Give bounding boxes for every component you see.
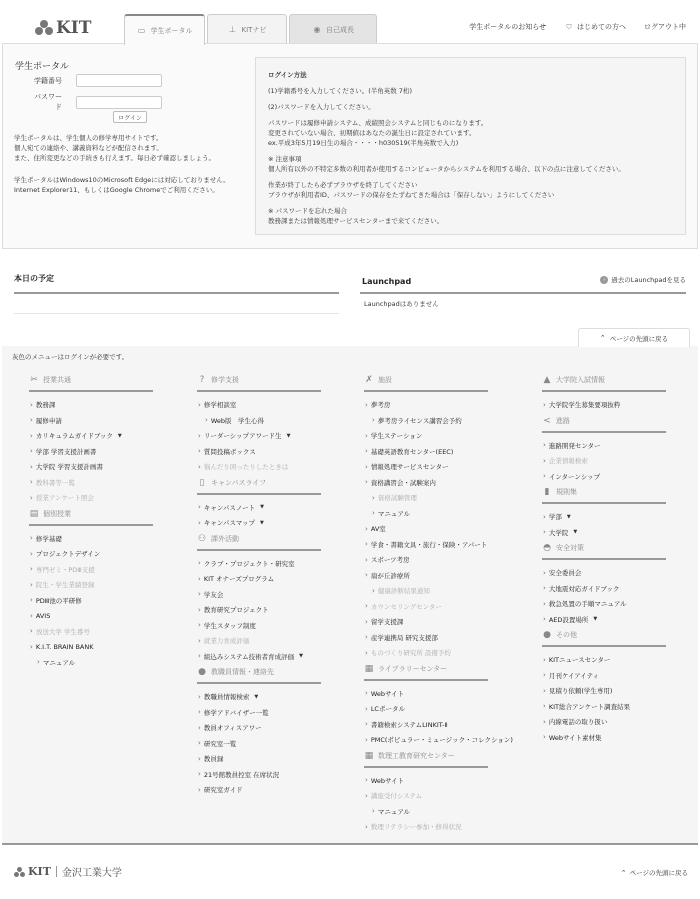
- menu-item[interactable]: ›書籍検索システムLINKIT-Ⅱ: [364, 717, 524, 733]
- chevron-right-icon: ›: [198, 621, 201, 629]
- menu-item[interactable]: ›Webサイト素材集: [542, 730, 700, 746]
- menu-item[interactable]: ›AED設置場所▼: [542, 612, 700, 628]
- menu-item[interactable]: ›AVIS: [29, 608, 189, 624]
- menu-item-label: 学生スタッフ制度: [204, 621, 256, 630]
- menu-item-label: 企業情報検索: [549, 456, 588, 465]
- menu-item[interactable]: ›資格試験管理: [364, 490, 524, 506]
- chevron-right-icon: ›: [198, 447, 201, 455]
- menu-item-label: マニュアル: [378, 807, 410, 816]
- menu-item[interactable]: ›大学院▼: [542, 525, 700, 541]
- menu-item[interactable]: ›夢考房ライセンス講習会予約: [364, 413, 524, 429]
- chevron-right-icon: ›: [365, 618, 368, 626]
- menu-item[interactable]: ›扇が丘診療所: [364, 568, 524, 584]
- menu-item-label: カウンセリングセンター: [371, 602, 442, 611]
- chevron-right-icon: ›: [543, 687, 546, 695]
- chevron-right-icon: ›: [198, 590, 201, 598]
- menu-item[interactable]: ›情報処理サービスセンター: [364, 459, 524, 475]
- menu-category: ⚇課外活動: [197, 532, 357, 546]
- menu-item-label: 講座受付システム: [371, 791, 422, 800]
- menu-category: ▦ライブラリーセンター: [364, 662, 524, 676]
- menu-column-3: ✗施設›夢考房›夢考房ライセンス講習会予約›学生ステーション›基礎英語教育センタ…: [364, 372, 524, 835]
- menu-item[interactable]: ›Webサイト: [364, 686, 524, 702]
- menu-item-label: 就業力育成評価: [204, 636, 250, 645]
- tab-student-portal[interactable]: ▭ 学生ポータル: [124, 14, 205, 45]
- chevron-right-icon: ›: [30, 478, 33, 486]
- chevron-right-icon: ›: [365, 823, 368, 831]
- portal-description: 学生ポータルは、学生個人の修学専用サイトです。 個人宛ての連絡や、講義資料などが…: [14, 133, 215, 163]
- menu-item[interactable]: ›授業アンケート照会: [29, 490, 189, 506]
- menu-category-label: 安全対策: [556, 543, 584, 553]
- menu-item[interactable]: ›修学基礎: [29, 531, 189, 547]
- menu-item-label: 修学アドバイザー一覧: [204, 708, 269, 717]
- menu-category: ▤個別授業: [29, 507, 189, 521]
- menu-item-label: K.I.T. BRAIN BANK: [36, 643, 94, 651]
- launchpad-empty: Launchpadはありません: [364, 299, 439, 308]
- menu-item[interactable]: ›安全委員会: [542, 565, 700, 581]
- menu-category: ◓安全対策: [542, 541, 700, 555]
- chevron-right-icon: ›: [198, 693, 201, 701]
- menu-category-rule: [364, 390, 488, 392]
- menu-item[interactable]: ›K.I.T. BRAIN BANK: [29, 639, 189, 655]
- chevron-right-icon: ›: [365, 525, 368, 533]
- caution-line: ブラウザが利用者ID、パスワードの保存をたずねてきた場合は「保存しない」ようにし…: [268, 191, 554, 199]
- menu-item-label: スポーツ考房: [371, 555, 410, 564]
- dropdown-triangle-icon[interactable]: ▼: [260, 504, 264, 510]
- menu-category-label: キャンパスライフ: [211, 478, 266, 488]
- menu-item-label: KITニュースセンター: [549, 655, 611, 664]
- menu-item[interactable]: ›学食・書籍文具・旅行・保険・アパート: [364, 537, 524, 553]
- chevron-right-icon: ›: [198, 575, 201, 583]
- desc-line: また、住所変更などの手続きも行えます。毎日必ず確認しましょう。: [14, 153, 215, 163]
- menu-item-label: 留学支援課: [371, 617, 404, 626]
- menu-item[interactable]: ›内線電話の取り扱い: [542, 714, 700, 730]
- dropdown-triangle-icon[interactable]: ▼: [287, 433, 291, 439]
- chevron-right-icon: ›: [543, 600, 546, 608]
- beginner-link[interactable]: ⛉はじめての方へ: [564, 22, 626, 32]
- menu-item[interactable]: ›数理リテラシー参加・修得状況: [364, 819, 524, 835]
- menu-item[interactable]: ›教員オフィスアワー: [197, 720, 357, 736]
- menu-item-label: 月刊ケイアイティ: [549, 671, 599, 680]
- chevron-right-icon: ›: [543, 615, 546, 623]
- chevron-right-icon: ›: [365, 401, 368, 409]
- window-icon: ▭: [137, 26, 147, 36]
- menu-column-1: ✂授業共通›教務課›履修申請›カリキュラムガイドブック▼›学部 学習支援計画書›…: [29, 372, 189, 670]
- menu-item-label: 学部: [549, 512, 562, 521]
- menu-item[interactable]: ›組込みシステム技術者育成評価▼: [197, 649, 357, 665]
- chevron-right-icon: ›: [543, 584, 546, 592]
- menu-item-label: マニュアル: [378, 509, 410, 518]
- menu-item[interactable]: ›学部 学習支援計画書: [29, 444, 189, 460]
- dropdown-triangle-icon[interactable]: ▼: [118, 433, 122, 439]
- menu-category: ●その他: [542, 628, 700, 642]
- kit-logo-mark-icon: [35, 20, 53, 36]
- menu-item-label: 履修申請: [36, 416, 62, 425]
- chevron-right-icon: ›: [365, 720, 368, 728]
- chevron-right-icon: ›: [543, 702, 546, 710]
- notice-link[interactable]: 学生ポータルのお知らせ: [469, 22, 546, 32]
- menu-item[interactable]: ›KITニュースセンター: [542, 652, 700, 668]
- menu-item-label: カリキュラムガイドブック: [36, 431, 113, 440]
- menu-item[interactable]: ›学友会: [197, 587, 357, 603]
- past-launchpad-label: 過去のLaunchpadを見る: [611, 275, 686, 284]
- header-links: 学生ポータルのお知らせ ⛉はじめての方へ ログアウト中: [469, 22, 686, 32]
- chevron-right-icon: ›: [365, 705, 368, 713]
- menu-item[interactable]: ›留学支援課: [364, 614, 524, 630]
- dropdown-triangle-icon[interactable]: ▼: [567, 514, 571, 520]
- sitemap-icon: ⊥: [228, 25, 238, 35]
- chevron-right-icon: ›: [365, 736, 368, 744]
- menu-item-label: AVIS: [36, 612, 51, 620]
- menu-category-rule: [197, 390, 321, 392]
- chevron-right-icon: ›: [198, 432, 201, 440]
- chevron-right-icon: ›: [30, 416, 33, 424]
- menu-item[interactable]: ›PDⅢ池の平研修: [29, 593, 189, 609]
- menu-item[interactable]: ›LCポータル: [364, 701, 524, 717]
- menu-item[interactable]: ›大学院学生募集要項抜粋: [542, 397, 700, 413]
- menu-item[interactable]: ›教務課: [29, 397, 189, 413]
- menu-item[interactable]: ›見積り依頼(学生専用): [542, 683, 700, 699]
- tab-kit-navi[interactable]: ⊥ KITナビ: [207, 14, 287, 44]
- logo-separator: [56, 866, 57, 877]
- password-label: パスワード: [32, 92, 62, 112]
- menu-item[interactable]: ›放送大学 学生番号: [29, 624, 189, 640]
- menu-item[interactable]: ›AV室: [364, 521, 524, 537]
- login-info-step2: (2)パスワードを入力してください。: [268, 102, 685, 112]
- menu-item[interactable]: ›基礎英語教育センター(EEC): [364, 444, 524, 460]
- forgot-text: 教務課または情報処理サービスセンターまで来てください。: [268, 217, 443, 225]
- menu-item-label: 書籍検索システムLINKIT-Ⅱ: [371, 720, 448, 729]
- menu-category-rule: [29, 524, 153, 526]
- chevron-right-icon: ›: [543, 528, 546, 536]
- menu-item-label: 救急処置の手順マニュアル: [549, 599, 627, 608]
- menu-item[interactable]: ›学生ステーション: [364, 428, 524, 444]
- menu-item[interactable]: ›夢考房: [364, 397, 524, 413]
- chevron-right-icon: ›: [30, 550, 33, 558]
- launchpad-divider: [360, 292, 686, 294]
- menu-item[interactable]: ›履修申請: [29, 413, 189, 429]
- menu-item[interactable]: ›講座受付システム: [364, 788, 524, 804]
- menu-item[interactable]: ›就業力育成評価: [197, 633, 357, 649]
- menu-item[interactable]: ›月刊ケイアイティ: [542, 668, 700, 684]
- chevron-right-icon: ›: [543, 513, 546, 521]
- shield-icon: ⛉: [564, 22, 574, 32]
- menu-item[interactable]: ›教育研究プロジェクト: [197, 602, 357, 618]
- chevron-right-icon: ›: [30, 534, 33, 542]
- menu-item[interactable]: ›修学アドバイザー一覧: [197, 705, 357, 721]
- dropdown-triangle-icon[interactable]: ▼: [593, 616, 597, 622]
- menu-item-label: KIT総合アンケート調査結果: [549, 702, 630, 711]
- menu-item[interactable]: ›研究室一覧: [197, 736, 357, 752]
- menu-category: ▯キャンパスライフ: [197, 476, 357, 490]
- menu-category-label: 修学支援: [211, 375, 239, 385]
- dropdown-triangle-icon[interactable]: ▼: [254, 694, 258, 700]
- dropdown-triangle-icon[interactable]: ▼: [299, 653, 303, 659]
- chevron-right-icon: ›: [543, 671, 546, 679]
- menu-item[interactable]: ›専門ゼミ・PDⅢ支援: [29, 562, 189, 578]
- menu-item-label: 悩んだり困ったりしたときは: [204, 462, 289, 471]
- menu-item[interactable]: ›ものづくり研究所 設備予約: [364, 645, 524, 661]
- menu-category: ▦数理工教育研究センター: [364, 749, 524, 763]
- share-icon: <: [542, 416, 552, 426]
- chevron-right-icon: ›: [543, 441, 546, 449]
- tab-label: 学生ポータル: [151, 26, 193, 36]
- desc-line: Internet Explorer11、もしくはGoogle Chromeでご利…: [14, 185, 230, 195]
- dropdown-triangle-icon[interactable]: ▼: [573, 529, 577, 535]
- menu-item-label: PMC(ポピュラー・ミュージック・コレクション): [371, 735, 513, 744]
- chevron-right-icon: ›: [37, 658, 40, 666]
- menu-item-label: 大学院: [549, 528, 569, 537]
- menu-item[interactable]: ›マニュアル: [364, 506, 524, 522]
- menu-category-rule: [197, 682, 321, 684]
- menu-note: 灰色のメニューはログインが必要です。: [12, 352, 128, 361]
- menu-item[interactable]: ›マニュアル: [29, 655, 189, 671]
- menu-item[interactable]: ›マニュアル: [364, 804, 524, 820]
- menu-item[interactable]: ›産学連携局 研究支援部: [364, 630, 524, 646]
- document-icon: ▤: [29, 509, 39, 519]
- menu-item-label: 情報処理サービスセンター: [371, 462, 449, 471]
- menu-item-label: プロジェクトデザイン: [36, 549, 100, 558]
- etc-icon: ●: [542, 630, 552, 640]
- desc-line: 学生ポータルはWindows10のMicrosoft Edgeには対応しておりま…: [14, 175, 230, 185]
- login-info-box: ログイン方法 (1)学籍番号を入力してください。(半角英数 7桁) (2)パスワ…: [255, 57, 686, 235]
- menu-item-label: AV室: [371, 524, 386, 533]
- menu-item-label: 修学基礎: [36, 534, 62, 543]
- menu-item-label: 教職員情報検索: [204, 692, 250, 701]
- menu-item[interactable]: ›進路開発センター: [542, 438, 700, 454]
- browser-notice: 学生ポータルはWindows10のMicrosoft Edgeには対応しておりま…: [14, 175, 230, 195]
- book-icon: ▯: [197, 478, 207, 488]
- chevron-right-icon: ›: [372, 416, 375, 424]
- menu-item-label: Webサイト: [371, 776, 404, 785]
- chevron-right-icon: ›: [543, 718, 546, 726]
- menu-item[interactable]: ›大学院 学習支援計画書: [29, 459, 189, 475]
- menu-item[interactable]: ›PMC(ポピュラー・ミュージック・コレクション): [364, 732, 524, 748]
- chevron-right-icon: ›: [30, 432, 33, 440]
- menu-item-label: Web版 学生心得: [211, 416, 264, 425]
- beginner-link-label: はじめての方へ: [577, 22, 626, 32]
- menu-item[interactable]: ›救急処置の手順マニュアル: [542, 596, 700, 612]
- password-input[interactable]: [76, 96, 162, 109]
- menu-item-label: 夢考房: [371, 400, 391, 409]
- chevron-right-icon: ›: [30, 401, 33, 409]
- chevron-right-icon: ›: [365, 571, 368, 579]
- menu-item-label: 修学相談室: [204, 400, 237, 409]
- menu-item-label: 研究室ガイド: [204, 785, 243, 794]
- menu-item[interactable]: ›Web版 学生心得: [197, 413, 357, 429]
- menu-item-label: 基礎英語教育センター(EEC): [371, 447, 454, 456]
- chevron-right-icon: ›: [30, 627, 33, 635]
- chevron-right-icon: ›: [365, 792, 368, 800]
- dropdown-triangle-icon[interactable]: ▼: [260, 520, 264, 526]
- chevron-right-icon: ›: [198, 724, 201, 732]
- menu-category-label: 大学院入試情報: [556, 375, 605, 385]
- footer-back-to-top-label: ページの先頭に戻る: [630, 868, 688, 877]
- menu-item-label: 学生ステーション: [371, 431, 423, 440]
- wrench-icon: ✗: [364, 375, 374, 385]
- chevron-up-icon: ⌃: [621, 869, 627, 877]
- kit-logo[interactable]: KIT: [35, 18, 91, 38]
- chevron-right-icon: ›: [543, 569, 546, 577]
- kit-logo-mark-icon: [14, 867, 25, 877]
- menu-item[interactable]: ›インターンシップ: [542, 469, 700, 485]
- menu-item-label: 数理リテラシー参加・修得状況: [371, 822, 462, 831]
- menu-item[interactable]: ›KIT総合アンケート調査結果: [542, 699, 700, 715]
- tab-self-growth[interactable]: ◉ 自己成長: [289, 14, 377, 44]
- menu-category-label: 規則集: [556, 487, 577, 497]
- menu-item[interactable]: ›企業情報検索: [542, 453, 700, 469]
- menu-category-label: 課外活動: [211, 534, 239, 544]
- chevron-right-icon: ›: [198, 463, 201, 471]
- menu-item[interactable]: ›悩んだり困ったりしたときは: [197, 459, 357, 475]
- menu-item[interactable]: ›研究室ガイド: [197, 782, 357, 798]
- desc-line: 個人宛ての連絡や、講義資料などが配信されます。: [14, 143, 215, 153]
- menu-item-label: キャンパスマップ: [204, 518, 255, 527]
- chevron-right-icon: ›: [372, 587, 375, 595]
- chevron-right-icon: ›: [198, 503, 201, 511]
- chevron-right-icon: ›: [198, 637, 201, 645]
- helmet-icon: ◓: [542, 543, 552, 553]
- chevron-right-icon: ›: [543, 457, 546, 465]
- university-name: 金沢工業大学: [62, 864, 122, 879]
- menu-item[interactable]: ›教職員情報検索▼: [197, 689, 357, 705]
- menu-category-rule: [542, 431, 666, 433]
- login-button[interactable]: ログイン: [113, 111, 147, 123]
- chevron-right-icon: ›: [543, 733, 546, 741]
- back-to-top-tab[interactable]: ⌃ ページの先頭に戻る: [578, 328, 690, 347]
- menu-category-label: 授業共通: [43, 375, 71, 385]
- login-info-title: ログイン方法: [268, 70, 685, 80]
- menu-item-label: 研究室一覧: [204, 739, 237, 748]
- menu-item-label: 見積り依頼(学生専用): [549, 686, 613, 695]
- menu-item[interactable]: ›キャンパスノート▼: [197, 500, 357, 516]
- menu-item-label: ものづくり研究所 設備予約: [371, 648, 451, 657]
- chevron-right-icon: ›: [365, 478, 368, 486]
- chevron-right-icon: ›: [198, 559, 201, 567]
- menu-item-label: 産学連携局 研究支援部: [371, 633, 438, 642]
- menu-item-label: Webサイト: [371, 689, 404, 698]
- arrow-circle-icon: ›: [600, 276, 608, 284]
- menu-item[interactable]: ›キャンパスマップ▼: [197, 515, 357, 531]
- menu-item[interactable]: ›質問投稿ボックス: [197, 444, 357, 460]
- menu-category-label: 進路: [556, 416, 570, 426]
- menu-item[interactable]: ›学部▼: [542, 509, 700, 525]
- menu-item-label: 専門ゼミ・PDⅢ支援: [36, 565, 95, 574]
- chevron-right-icon: ›: [198, 786, 201, 794]
- menu-item-label: マニュアル: [43, 658, 75, 667]
- menu-item-label: 教務課: [36, 400, 56, 409]
- menu-item-label: 健康診断結果通知: [378, 586, 430, 595]
- menu-item[interactable]: ›教科書等一覧: [29, 475, 189, 491]
- menu-category-rule: [197, 493, 321, 495]
- chevron-right-icon: ›: [198, 739, 201, 747]
- menu-item[interactable]: ›リーダーシップアワード生▼: [197, 428, 357, 444]
- kit-logo-text: KIT: [56, 18, 91, 38]
- caution-title: ※ 注意事項: [268, 155, 302, 163]
- menu-item[interactable]: ›健康診断結果通知: [364, 583, 524, 599]
- footer-back-to-top[interactable]: ⌃ ページの先頭に戻る: [621, 868, 688, 877]
- menu-category-rule: [542, 558, 666, 560]
- menu-category-label: その他: [556, 630, 577, 640]
- chevron-right-icon: ›: [198, 519, 201, 527]
- chevron-up-icon: ⌃: [600, 334, 606, 342]
- chevron-right-icon: ›: [365, 633, 368, 641]
- menu-item-label: 大学院学生募集要項抜粋: [549, 400, 621, 409]
- chevron-right-icon: ›: [30, 596, 33, 604]
- menu-item-label: 夢考房ライセンス講習会予約: [378, 416, 462, 425]
- student-id-input[interactable]: [76, 74, 162, 87]
- caution-text: 個人所有以外の不特定多数の利用者が使用するコンピュータからシステムを利用する場合…: [268, 165, 625, 173]
- menu-category-rule: [542, 645, 666, 647]
- menu-item[interactable]: ›カウンセリングセンター: [364, 599, 524, 615]
- menu-item[interactable]: ›大地震対応ガイドブック: [542, 581, 700, 597]
- logout-status[interactable]: ログアウト中: [644, 22, 686, 32]
- menu-item[interactable]: ›Webサイト: [364, 773, 524, 789]
- menu-item-label: 進路開発センター: [549, 441, 601, 450]
- menu-item[interactable]: ›資格講習会・試験案内: [364, 475, 524, 491]
- chevron-right-icon: ›: [372, 807, 375, 815]
- chevron-right-icon: ›: [365, 649, 368, 657]
- menu-item[interactable]: ›KIT オナーズプログラム: [197, 571, 357, 587]
- menu-item[interactable]: ›学生スタッフ制度: [197, 618, 357, 634]
- menu-item-label: 学部 学習支援計画書: [36, 447, 97, 456]
- chevron-right-icon: ›: [365, 602, 368, 610]
- student-id-row: 学籍番号: [32, 74, 162, 87]
- chevron-right-icon: ›: [365, 776, 368, 784]
- menu-item[interactable]: ›プロジェクトデザイン: [29, 546, 189, 562]
- chevron-right-icon: ›: [198, 606, 201, 614]
- menu-item-label: 院生・学生業績登録: [36, 580, 95, 589]
- footer-logo[interactable]: KIT 金沢工業大学: [14, 864, 122, 879]
- menu-item-label: キャンパスノート: [204, 503, 255, 512]
- student-id-label: 学籍番号: [32, 76, 62, 86]
- menu-column-2: ?修学支援›修学相談室›Web版 学生心得›リーダーシップアワード生▼›質問投稿…: [197, 372, 357, 798]
- menu-category-rule: [364, 679, 488, 681]
- chevron-right-icon: ›: [205, 416, 208, 424]
- menu-category-rule: [197, 549, 321, 551]
- footer-logo-text: KIT: [28, 865, 51, 878]
- menu-item-label: 大地震対応ガイドブック: [549, 584, 620, 593]
- people-icon: ⚇: [197, 534, 207, 544]
- menu-item[interactable]: ›スポーツ考房: [364, 552, 524, 568]
- chevron-right-icon: ›: [30, 463, 33, 471]
- desc-line: 学生ポータルは、学生個人の修学専用サイトです。: [14, 133, 215, 143]
- menu-item[interactable]: ›21号館教員控室 在席状況: [197, 767, 357, 783]
- menu-item-label: クラブ・プロジェクト・研究室: [204, 559, 295, 568]
- past-launchpad-link[interactable]: › 過去のLaunchpadを見る: [600, 275, 686, 284]
- menu-category: ▲大学院入試情報: [542, 373, 700, 387]
- menu-category-label: 施設: [378, 375, 392, 385]
- menu-item-label: 放送大学 学生番号: [36, 627, 90, 636]
- menu-item-label: 教員録: [204, 754, 224, 763]
- chevron-right-icon: ›: [543, 656, 546, 664]
- menu-item-label: 21号館教員控室 在席状況: [204, 770, 279, 779]
- menu-item[interactable]: ›修学相談室: [197, 397, 357, 413]
- calculator-icon: ▦: [364, 751, 374, 761]
- password-note: パスワードは履修申請システム、成績照会システムと同じものになります。 変更されて…: [268, 118, 685, 148]
- menu-category: ●教職員情報・連絡先: [197, 665, 357, 679]
- compass-icon: ◉: [312, 25, 322, 35]
- chevron-right-icon: ›: [365, 447, 368, 455]
- menu-item-label: 教科書等一覧: [36, 478, 75, 487]
- tab-label: 自己成長: [326, 25, 354, 35]
- menu-item[interactable]: ›院生・学生業績登録: [29, 577, 189, 593]
- menu-item[interactable]: ›カリキュラムガイドブック▼: [29, 428, 189, 444]
- menu-item[interactable]: ›クラブ・プロジェクト・研究室: [197, 556, 357, 572]
- chevron-right-icon: ›: [30, 494, 33, 502]
- menu-category-rule: [542, 502, 666, 504]
- menu-item[interactable]: ›教員録: [197, 751, 357, 767]
- menu-item-label: 扇が丘診療所: [371, 571, 410, 580]
